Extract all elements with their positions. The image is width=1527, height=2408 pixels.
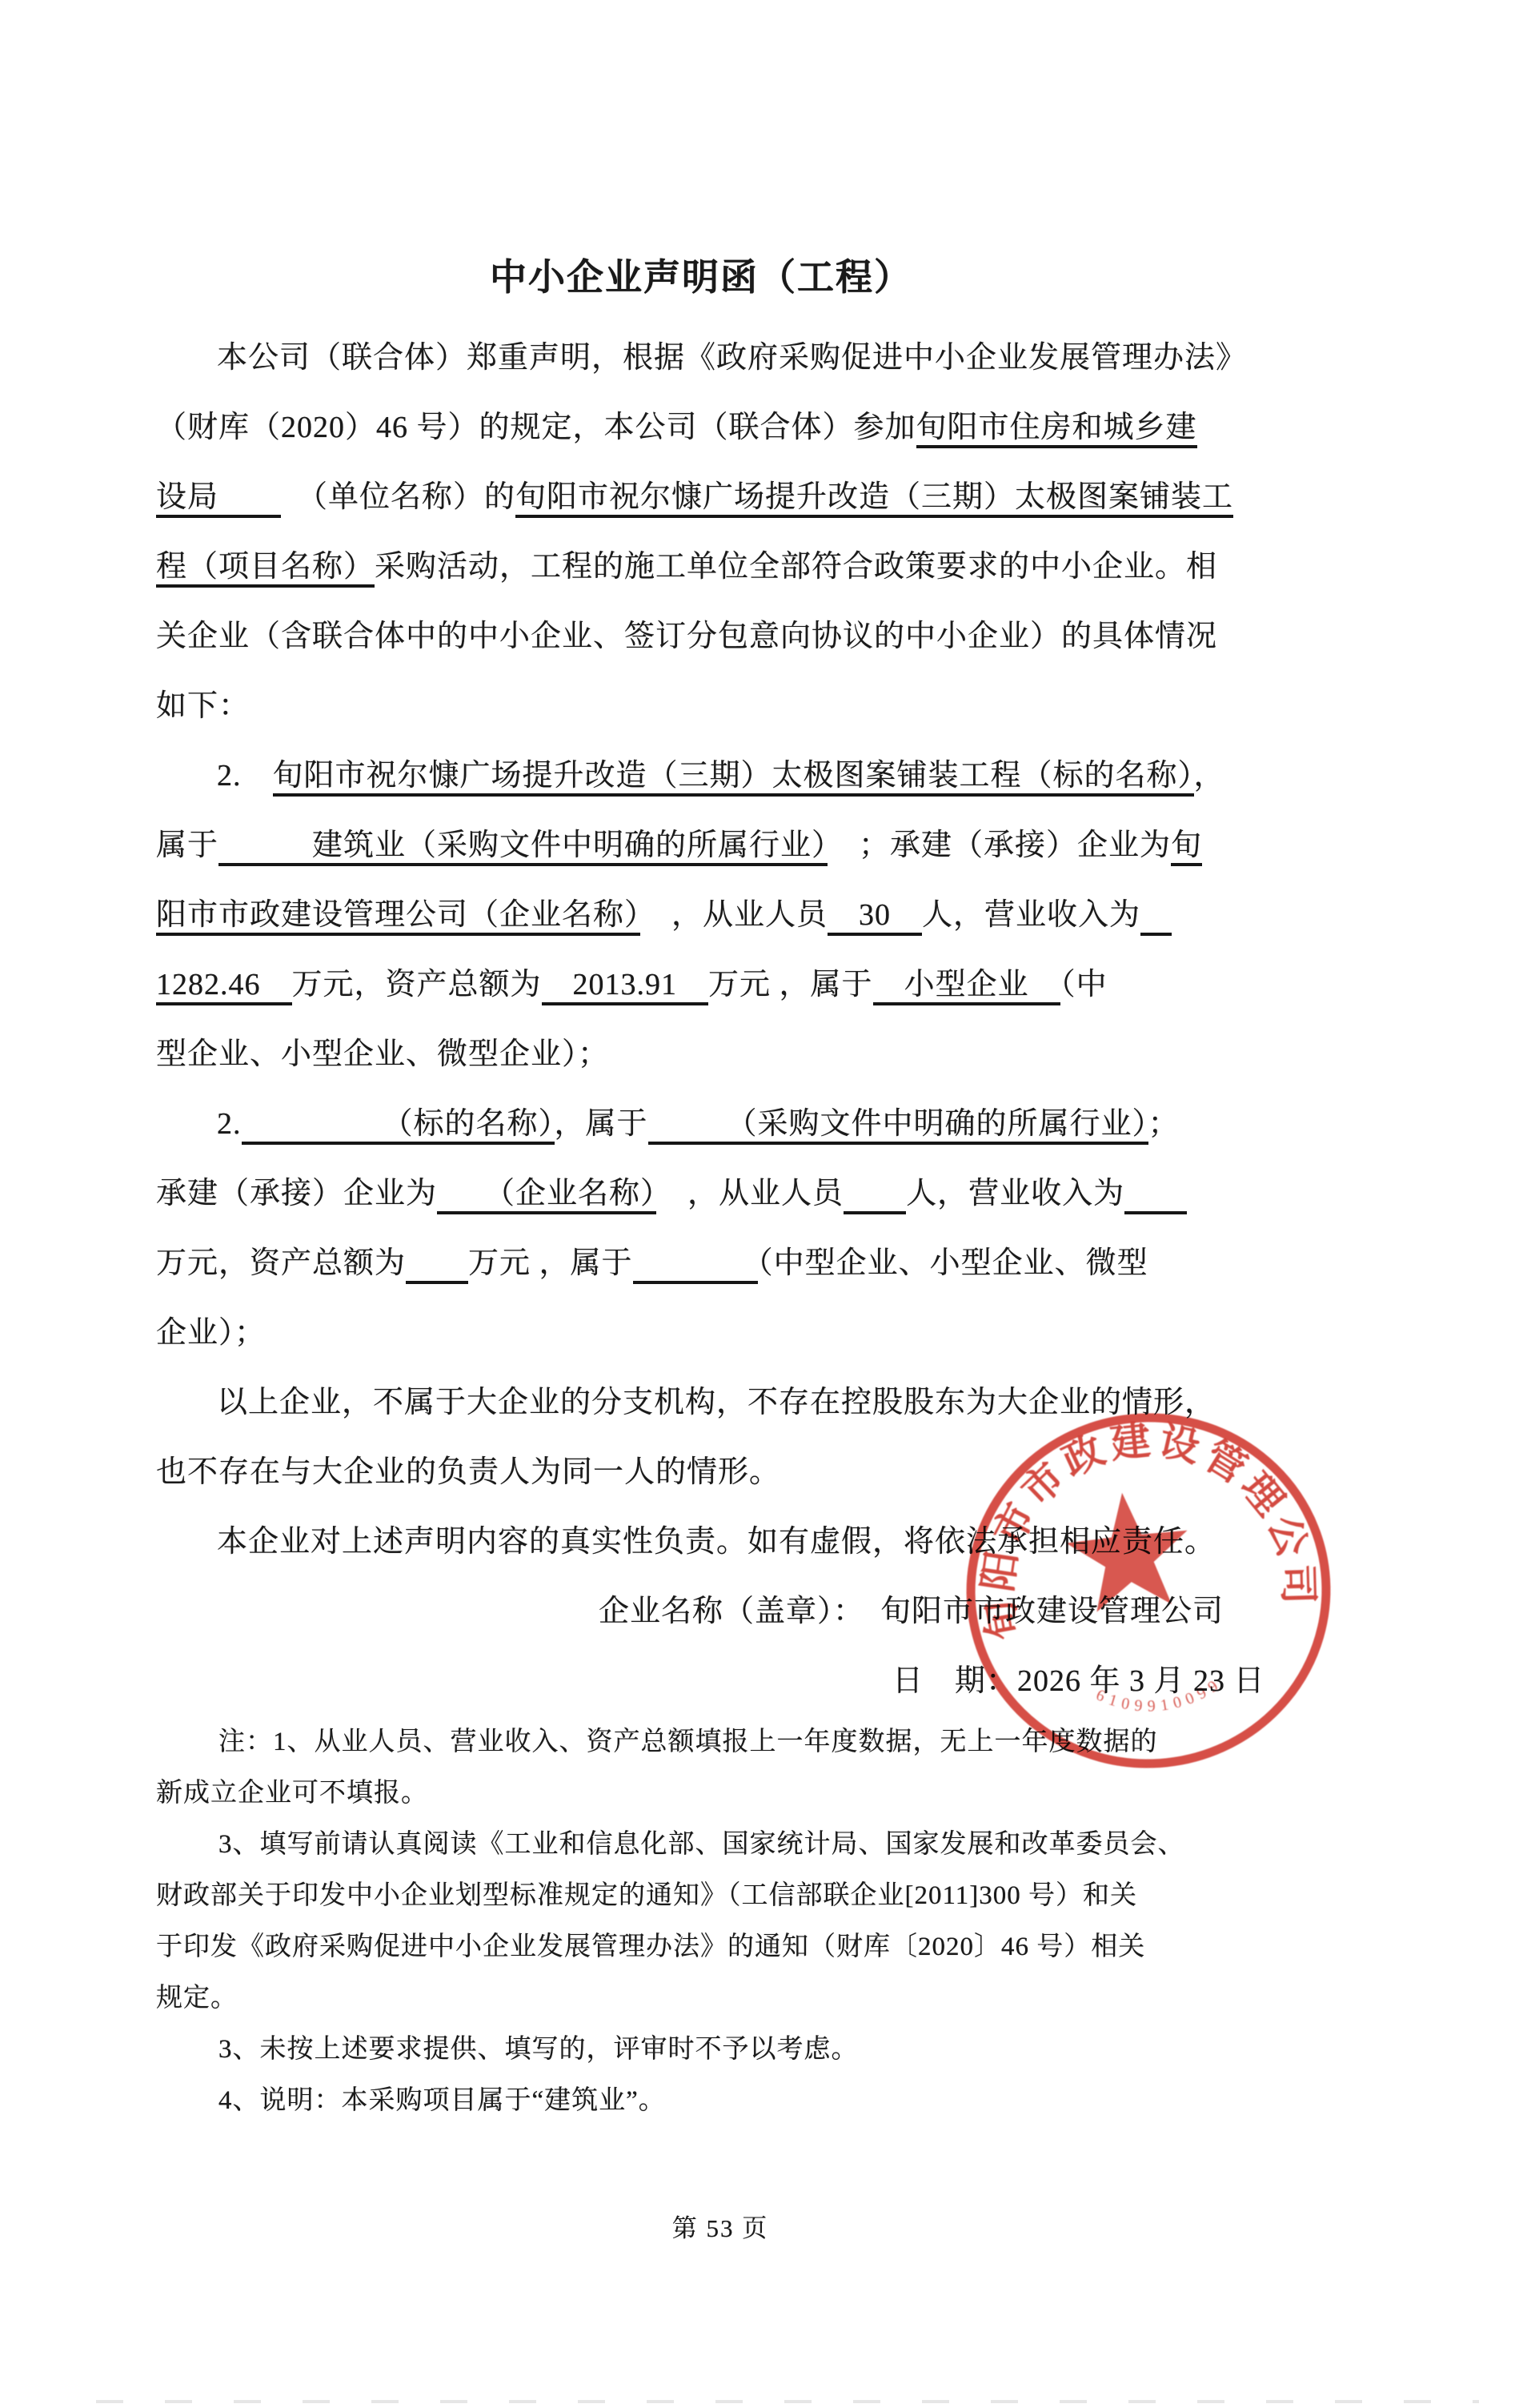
underlined-text-segment: （标的名称） [242, 1107, 555, 1145]
text-segment: （中型企业、小型企业、微型 [758, 1246, 1148, 1280]
note-line: 规定。 [156, 1973, 1527, 2024]
underlined-text-segment: 旬阳市祝尔慷广场提升改造（三期）太极图案铺装工程（标的名称） [273, 759, 1194, 797]
text-segment: 财政部关于印发中小企业划型标准规定的通知》（工信部联企业[2011]300 号）… [156, 1881, 1137, 1910]
text-segment: （单位名称）的 [281, 480, 515, 514]
underlined-text-segment: 1282.46 [156, 968, 292, 1005]
stamp-company-textpath: 旬阳市市政建设管理公司 [958, 1402, 1325, 1644]
stamp-company-text: 旬阳市市政建设管理公司 [958, 1402, 1325, 1644]
text-segment: 规定。 [156, 1984, 238, 2013]
underlined-text-segment: 旬 [1171, 829, 1202, 866]
underlined-text-segment: 旬阳市住房和城乡建 [916, 411, 1197, 448]
scan-artifact-line [96, 2400, 1479, 2403]
text-segment: 属于 [156, 829, 218, 862]
company-seal-stamp: 旬阳市市政建设管理公司 6109910099 [934, 1383, 1363, 1799]
underlined-text-segment [844, 1177, 906, 1214]
text-segment: 万元，资产总额为 [156, 1246, 406, 1280]
text-segment: 于印发《政府采购促进中小企业发展管理办法》的通知（财库〔2020〕46 号）相关 [156, 1932, 1145, 1961]
text-segment: 万元，资产总额为 [292, 968, 542, 1001]
underlined-text-segment: 小型企业 [873, 968, 1060, 1005]
text-line: 属于 建筑业（采购文件中明确的所属行业） ；承建（承接）企业为旬 [156, 811, 1527, 881]
text-segment: 也不存在与大企业的负责人为同一人的情形。 [156, 1455, 780, 1489]
text-segment: 2. [217, 759, 273, 793]
text-segment: 4、说明：本采购项目属于“建筑业”。 [218, 2086, 666, 2115]
underlined-text-segment [1140, 898, 1172, 936]
text-segment: （财库（2020）46 号）的规定，本公司（联合体）参加 [156, 411, 916, 444]
text-segment: 3、填写前请认真阅读《工业和信息化部、国家统计局、国家发展和改革委员会、 [218, 1830, 1185, 1859]
underlined-text-segment: 2013.91 [542, 968, 709, 1005]
text-line: 程（项目名称）采购活动，工程的施工单位全部符合政策要求的中小企业。相 [156, 532, 1527, 602]
text-line: 企业）； [156, 1298, 1527, 1368]
text-segment: ，属于 [555, 1107, 648, 1141]
text-segment: 如下： [156, 689, 250, 723]
text-line: 设局 （单位名称）的旬阳市祝尔慷广场提升改造（三期）太极图案铺装工 [156, 463, 1527, 532]
text-line: （财库（2020）46 号）的规定，本公司（联合体）参加旬阳市住房和城乡建 [156, 393, 1527, 463]
underlined-text-segment: 30 [828, 898, 922, 936]
note-line: 3、填写前请认真阅读《工业和信息化部、国家统计局、国家发展和改革委员会、 [156, 1819, 1527, 1870]
text-segment: 承建（承接）企业为 [156, 1177, 437, 1210]
note-line: 于印发《政府采购促进中小企业发展管理办法》的通知（财库〔2020〕46 号）相关 [156, 1921, 1527, 1973]
underlined-text-segment [406, 1246, 468, 1284]
note-line: 新成立企业可不填报。 [156, 1768, 1527, 1819]
text-line: 万元，资产总额为 万元 ，属于 （中型企业、小型企业、微型 [156, 1229, 1527, 1298]
text-line: 本公司（联合体）郑重声明，根据《政府采购促进中小企业发展管理办法》 [156, 323, 1527, 393]
text-segment: 关企业（含联合体中的中小企业、签订分包意向协议的中小企业）的具体情况 [156, 620, 1217, 653]
text-line: 2. 旬阳市祝尔慷广场提升改造（三期）太极图案铺装工程（标的名称）， [156, 741, 1527, 811]
text-segment: （中 [1060, 968, 1108, 1001]
text-segment: ，从业人员 [640, 898, 828, 932]
underlined-text-segment: （采购文件中明确的所属行业） [648, 1107, 1148, 1145]
underlined-text-segment [633, 1246, 758, 1284]
text-segment: ； [1148, 1107, 1180, 1141]
text-segment: 人，营业收入为 [906, 1177, 1124, 1210]
underlined-text-segment: 旬阳市祝尔慷广场提升改造（三期）太极图案铺装工 [515, 480, 1233, 518]
text-line: 阳市市政建设管理公司（企业名称） ，从业人员 30 人，营业收入为 [156, 881, 1527, 950]
underlined-text-segment: 阳市市政建设管理公司（企业名称） [156, 898, 640, 936]
text-line: 2. （标的名称），属于 （采购文件中明确的所属行业）； [156, 1090, 1527, 1159]
text-line: 承建（承接）企业为 （企业名称） ，从业人员 人，营业收入为 [156, 1159, 1527, 1229]
text-line: 关企业（含联合体中的中小企业、签订分包意向协议的中小企业）的具体情况 [156, 602, 1527, 672]
document-title: 中小企业声明函（工程） [156, 0, 1246, 303]
text-segment: ， [1194, 759, 1225, 793]
note-line: 3、未按上述要求提供、填写的，评审时不予以考虑。 [156, 2024, 1527, 2075]
text-line: 如下： [156, 672, 1527, 741]
text-segment: ；承建（承接）企业为 [828, 829, 1171, 862]
note-line: 4、说明：本采购项目属于“建筑业”。 [156, 2075, 1527, 2126]
page-number: 第 53 页 [156, 2211, 1285, 2246]
text-segment: 新成立企业可不填报。 [156, 1779, 428, 1808]
text-segment: 本公司（联合体）郑重声明，根据《政府采购促进中小企业发展管理办法》 [217, 341, 1247, 375]
text-segment: 2. [217, 1107, 242, 1141]
text-segment: 人，营业收入为 [922, 898, 1140, 932]
text-segment: 采购活动，工程的施工单位全部符合政策要求的中小企业。相 [375, 550, 1217, 584]
text-segment: 万元 ，属于 [708, 968, 873, 1001]
stamp-serial-textpath: 6109910099 [1092, 1673, 1228, 1722]
text-segment: 企业）； [156, 1316, 266, 1350]
text-segment: 3、未按上述要求提供、填写的，评审时不予以考虑。 [218, 2035, 859, 2064]
text-segment: ，从业人员 [656, 1177, 844, 1210]
stamp-star-icon [1061, 1487, 1194, 1615]
document-body: 本公司（联合体）郑重声明，根据《政府采购促进中小企业发展管理办法》（财库（202… [156, 323, 1527, 2126]
underlined-text-segment: （企业名称） [437, 1177, 656, 1214]
underlined-text-segment: 设局 [156, 480, 281, 518]
text-line: 型企业、小型企业、微型企业）； [156, 1020, 1527, 1090]
stamp-serial-text: 6109910099 [1092, 1673, 1228, 1722]
underlined-text-segment: 程（项目名称） [156, 550, 375, 588]
note-line: 财政部关于印发中小企业划型标准规定的通知》（工信部联企业[2011]300 号）… [156, 1870, 1527, 1921]
text-segment: 型企业、小型企业、微型企业）； [156, 1037, 609, 1071]
text-line: 1282.46 万元，资产总额为 2013.91 万元 ，属于 小型企业 （中 [156, 950, 1527, 1020]
underlined-text-segment: 建筑业（采购文件中明确的所属行业） [218, 829, 828, 866]
declaration-document-page: 中小企业声明函（工程） 本公司（联合体）郑重声明，根据《政府采购促进中小企业发展… [0, 0, 1527, 2408]
text-segment: 万元 ，属于 [468, 1246, 633, 1280]
underlined-text-segment [1124, 1177, 1187, 1214]
